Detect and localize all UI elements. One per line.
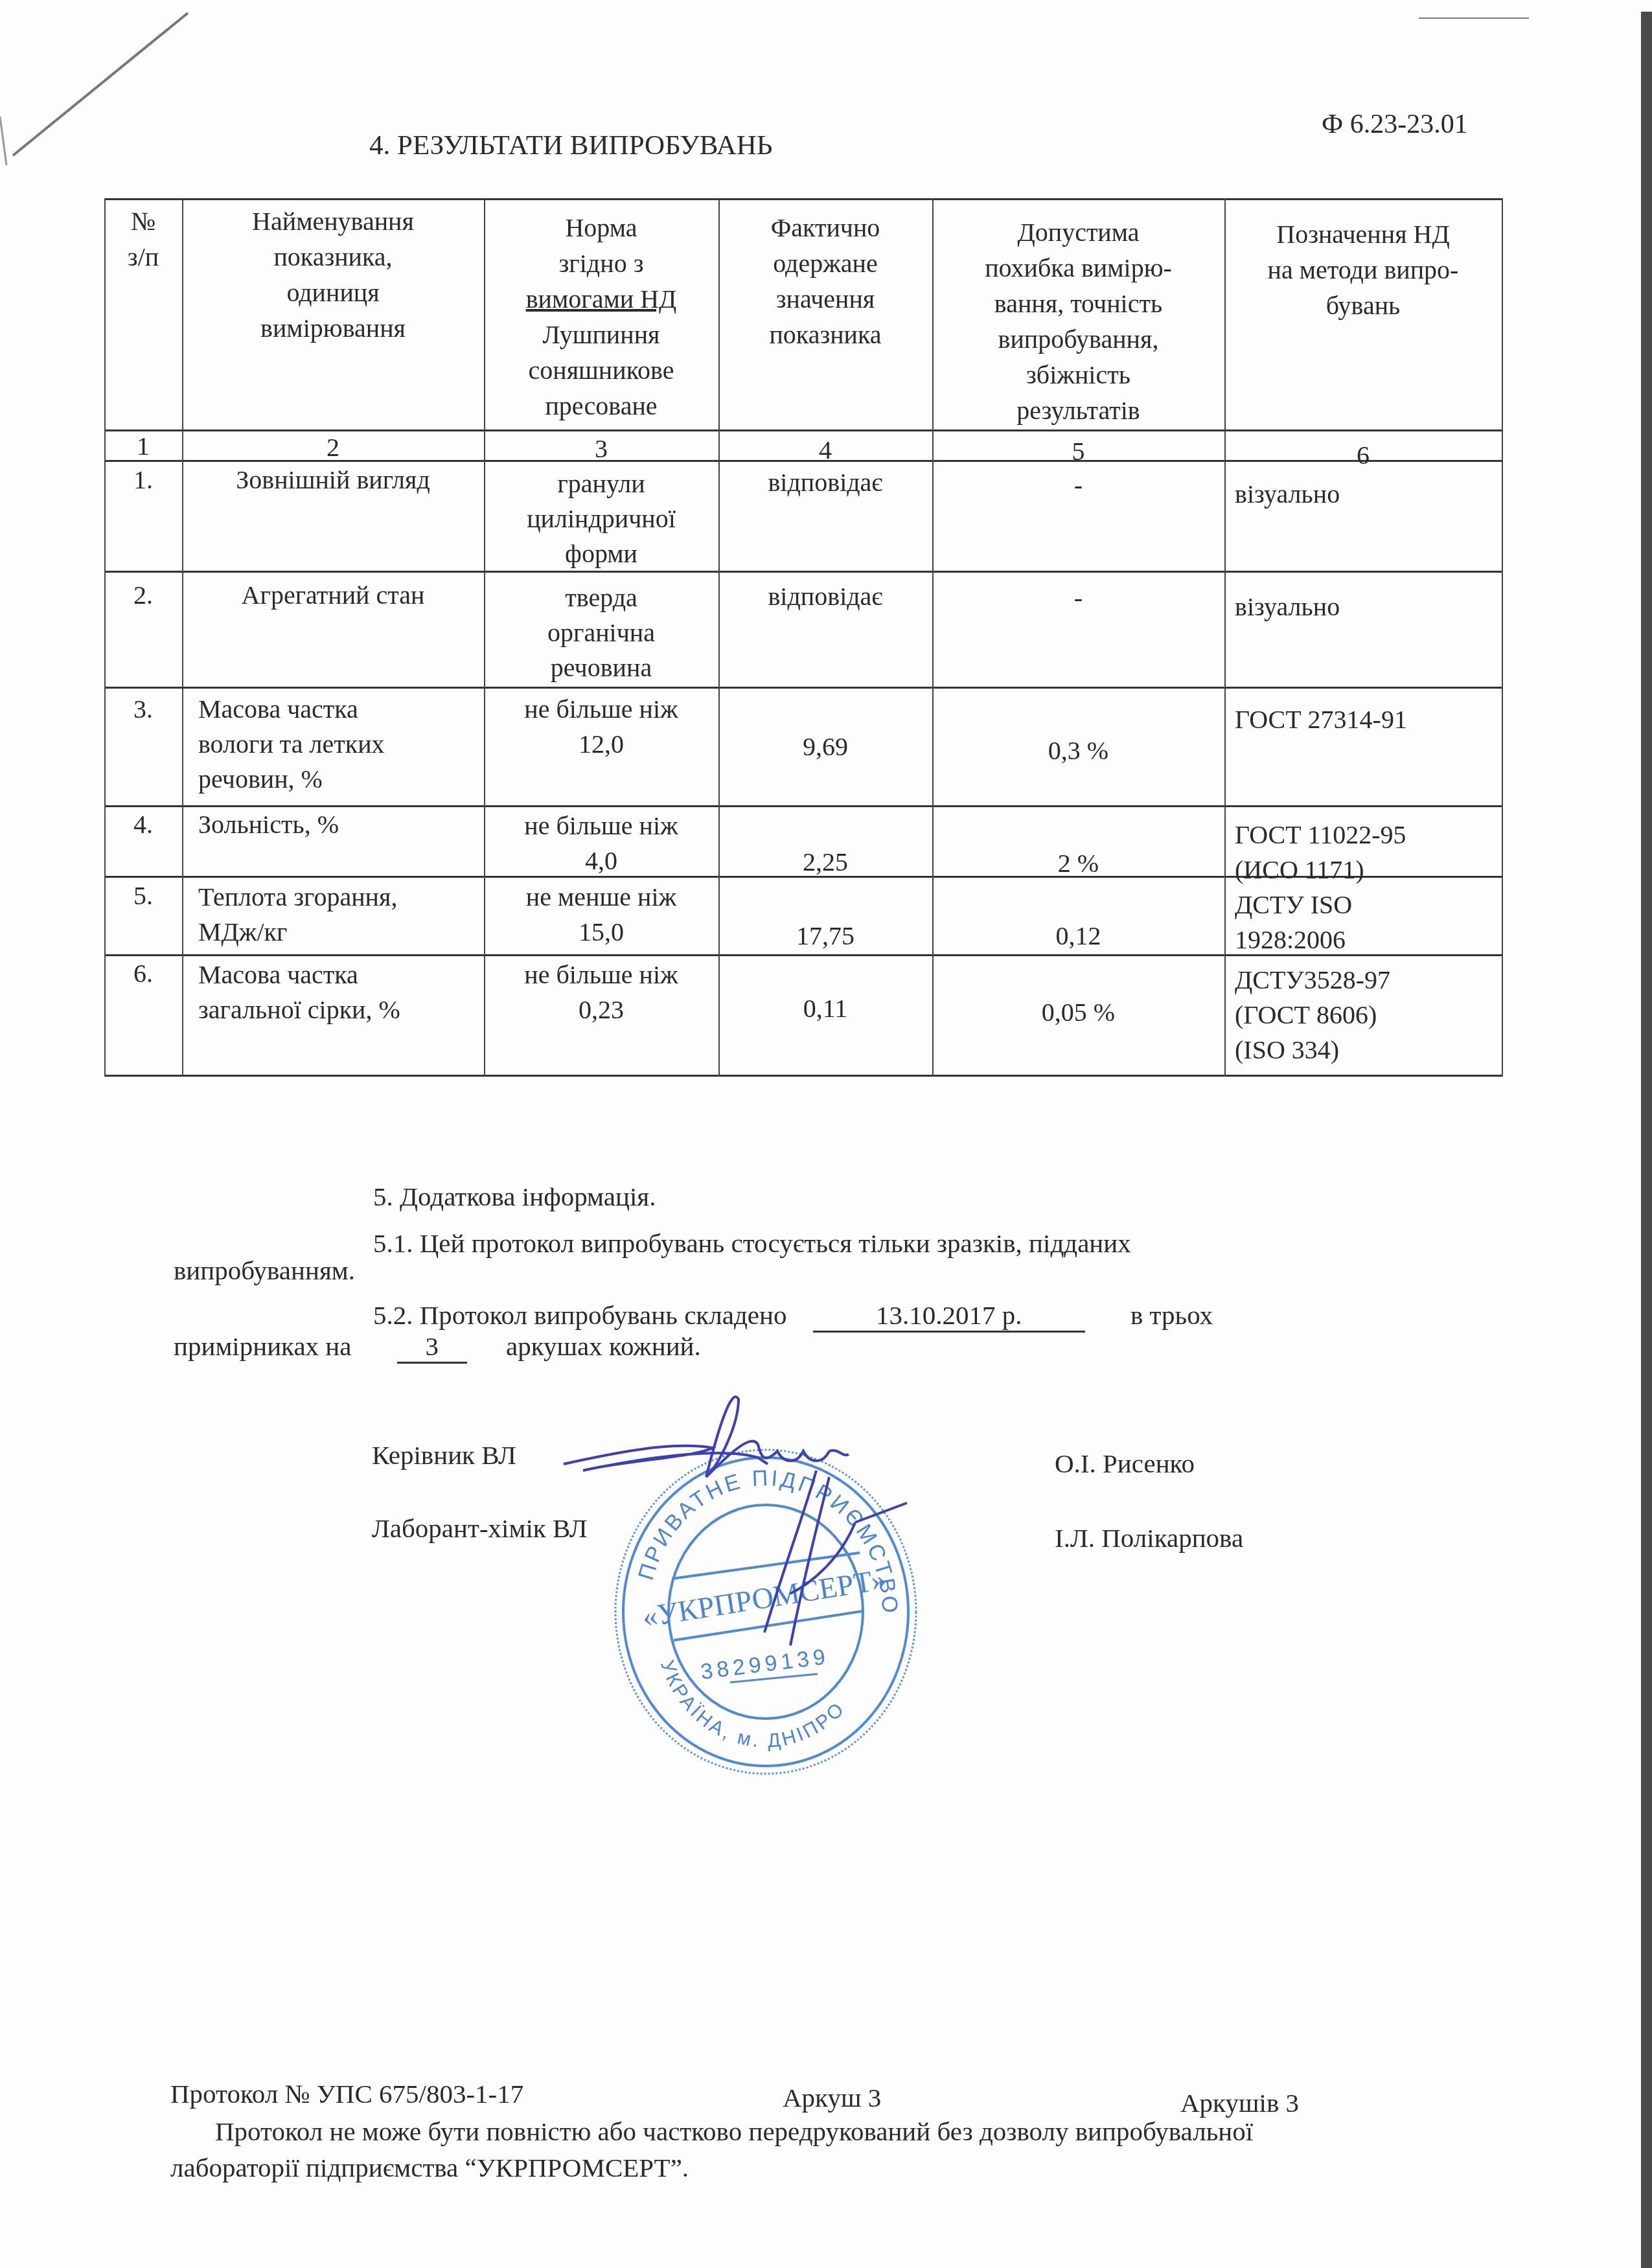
signature-name: О.І. Рисенко [1055, 1448, 1195, 1479]
norm-value: не більше ніж0,23 [484, 957, 718, 1027]
actual-value: 0,11 [718, 991, 932, 1026]
norm-value: не більше ніж4,0 [484, 808, 718, 878]
handwritten-signature [544, 1386, 1011, 1658]
section-title: 4. РЕЗУЛЬТАТИ ВИПРОБУВАНЬ [369, 130, 773, 161]
form-code: Ф 6.23-23.01 [1322, 109, 1468, 140]
sheets-field: 3 [397, 1331, 467, 1364]
method-standard: ДСТУ3528-97(ГОСТ 8606)(ISO 334) [1235, 963, 1494, 1068]
additional-info-p1-cont: випробуванням. [174, 1255, 355, 1286]
indicator-name: Зовнішній вигляд [182, 463, 484, 498]
norm-value: не менше ніж15,0 [484, 880, 718, 950]
table-border [104, 687, 1503, 689]
additional-info-p1: 5.1. Цей протокол випробувань стосується… [373, 1228, 1131, 1259]
method-standard: ДСТУ ISO1928:2006 [1235, 888, 1494, 957]
norm-value: не більше ніж12,0 [484, 692, 718, 762]
indicator-name: Масова часткавологи та леткихречовин, % [198, 692, 483, 797]
column-number: 6 [1224, 438, 1502, 473]
footer-sheet: Аркуш 3 [783, 2082, 881, 2113]
header-method: Позначення НДна методи випро- бувань [1224, 216, 1502, 323]
table-border [1224, 198, 1226, 1077]
table-border [104, 198, 1503, 200]
indicator-name: Теплота згорання,МДж/кг [198, 880, 483, 950]
row-number: 3. [104, 692, 182, 727]
indicator-name: Зольність, % [198, 807, 483, 842]
actual-value: відповідає [718, 465, 932, 500]
footer-protocol-number: Протокол № УПС 675/803-1-17 [170, 2078, 523, 2109]
header-actual: Фактичноодержане значенняпоказника [718, 210, 932, 352]
method-standard: візуально [1235, 477, 1494, 512]
header-no: №з/п [104, 203, 182, 275]
signature-role: Керівник ВЛ [372, 1439, 516, 1471]
scan-edge-shadow [1641, 12, 1652, 2268]
table-border [104, 198, 106, 1077]
tolerance-value: - [932, 468, 1224, 503]
row-number: 4. [104, 807, 182, 842]
date-field: 13.10.2017 р. [813, 1300, 1085, 1333]
header-norm: Нормазгідно з вимогами НДЛушпиння соняшн… [484, 210, 718, 424]
norm-value: твердаорганічнаречовина [484, 580, 718, 685]
scan-corner-fold [0, 0, 194, 168]
additional-info-heading: 5. Додаткова інформація. [373, 1181, 656, 1212]
actual-value: 17,75 [718, 919, 932, 954]
row-number: 6. [104, 956, 182, 991]
footer-disclaimer: Протокол не може бути повністю або частк… [215, 2116, 1253, 2147]
tolerance-value: 2 % [932, 846, 1224, 881]
tolerance-value: 0,12 [932, 919, 1224, 954]
additional-info-p2-cont: примірниках на 3 аркушах кожний. [174, 1331, 701, 1364]
actual-value: 9,69 [718, 729, 932, 764]
additional-info-p2: 5.2. Протокол випробувань складено 13.10… [373, 1300, 1213, 1333]
footer-disclaimer-cont: лабораторії підприємства “УКРПРОМСЕРТ”. [170, 2152, 689, 2183]
row-number: 1. [104, 463, 182, 498]
p2-line2-suffix: аркушах кожний. [506, 1331, 701, 1361]
tolerance-value: 0,3 % [932, 733, 1224, 768]
norm-value: гранулициліндричноїформи [484, 466, 718, 571]
column-number: 3 [484, 431, 718, 466]
method-standard: візуально [1235, 590, 1494, 624]
tolerance-value: 0,05 % [932, 995, 1224, 1030]
tolerance-value: - [932, 580, 1224, 615]
method-standard: ГОСТ 11022-95(ИСО 1171) [1235, 818, 1494, 888]
results-table: №з/п Найменуванняпоказника, одиницявимір… [104, 198, 1503, 1077]
column-number: 5 [932, 434, 1224, 469]
header-tolerance: Допустимапохибка вимірю- вання, точність… [932, 214, 1224, 428]
column-number: 2 [182, 430, 484, 465]
p2-suffix: в трьох [1130, 1300, 1213, 1330]
table-border [1502, 198, 1503, 1077]
row-number: 5. [104, 878, 182, 913]
column-number: 4 [718, 433, 932, 468]
table-border [104, 571, 1503, 573]
header-name: Найменуванняпоказника, одиницявимірюванн… [182, 203, 484, 346]
method-standard: ГОСТ 27314-91 [1235, 702, 1494, 737]
indicator-name: Агрегатний стан [182, 578, 484, 613]
footer-sheets-total: Аркушів 3 [1180, 2087, 1299, 2118]
actual-value: відповідає [718, 579, 932, 614]
column-number: 1 [104, 429, 182, 464]
signature-name: І.Л. Полікарпова [1055, 1522, 1243, 1553]
scan-artifact-line [1419, 17, 1529, 19]
actual-value: 2,25 [718, 845, 932, 880]
p2-line2-prefix: примірниках на [174, 1331, 352, 1361]
p2-prefix: 5.2. Протокол випробувань складено [373, 1300, 786, 1330]
row-number: 2. [104, 578, 182, 613]
indicator-name: Масова частказагальної сірки, % [198, 957, 483, 1027]
table-border [104, 1075, 1503, 1077]
